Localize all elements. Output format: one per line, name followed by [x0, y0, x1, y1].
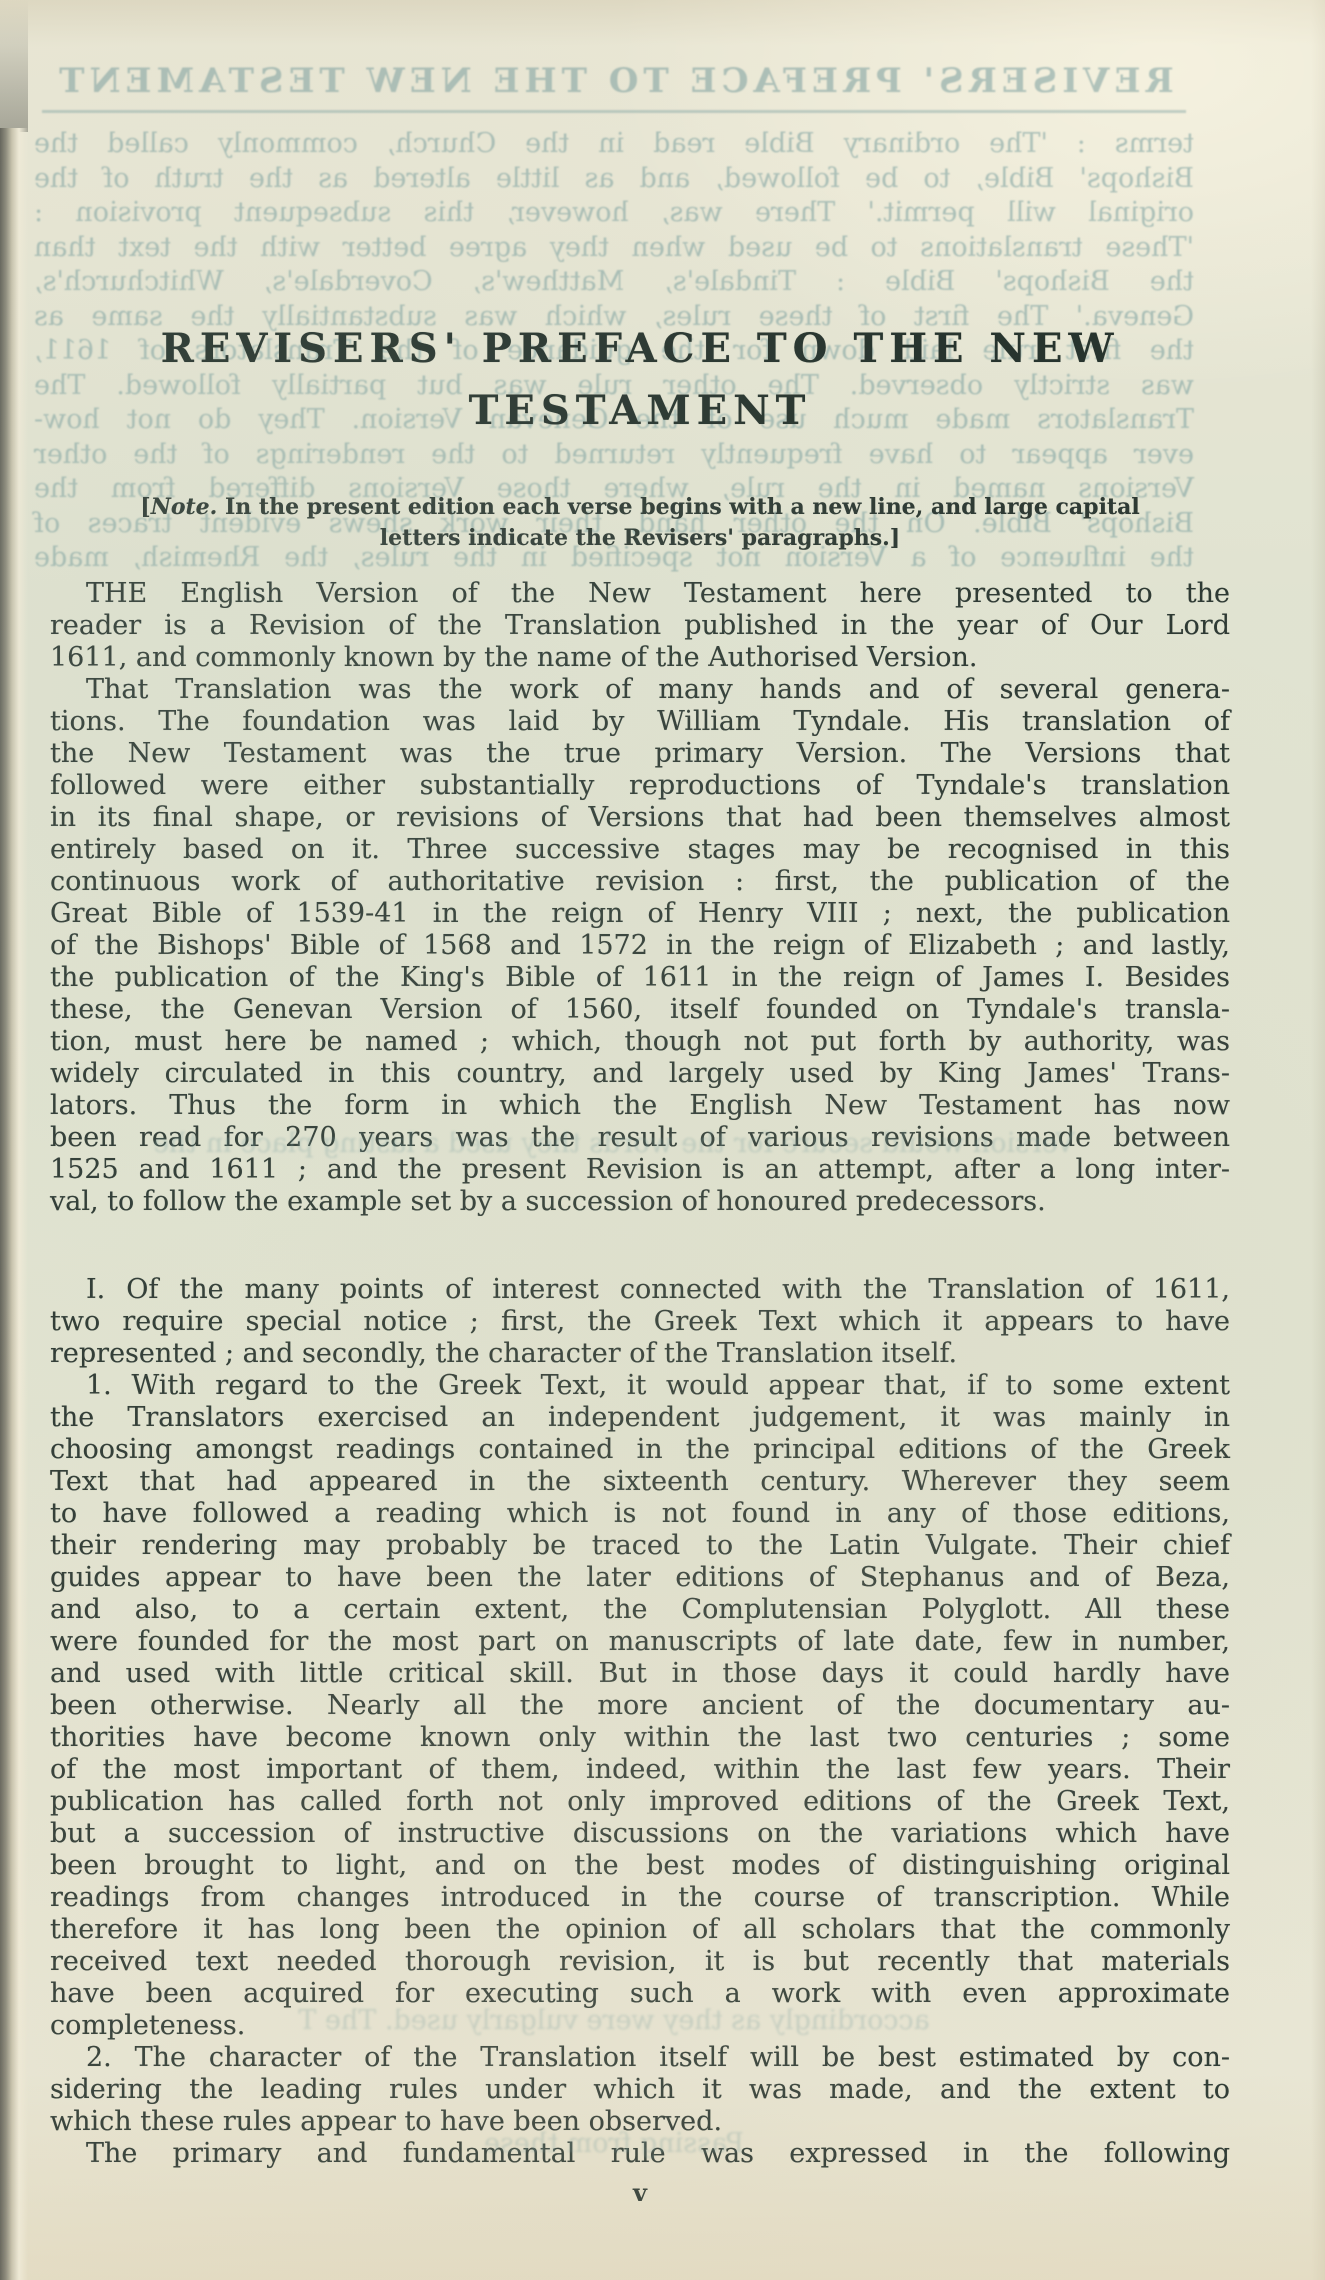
- text-line: received text needed thorough revision, …: [50, 1946, 1230, 1978]
- text-line: to have followed a reading which is not …: [50, 1498, 1230, 1530]
- page-number: v: [50, 2178, 1230, 2207]
- text-line: have been acquired for executing such a …: [50, 1978, 1230, 2010]
- note-label: Note.: [151, 494, 218, 520]
- note-line-2: letters indicate the Revisers' paragraph…: [50, 523, 1230, 554]
- page-edge-shadow: [0, 128, 28, 2280]
- body-text: THE English Version of the New Testament…: [50, 578, 1230, 2170]
- text-line: 1. With regard to the Greek Text, it wou…: [50, 1370, 1230, 1402]
- text-line: widely circulated in this country, and l…: [50, 1058, 1230, 1090]
- text-line: these, the Genevan Version of 1560, itse…: [50, 994, 1230, 1026]
- text-line: the New Testament was the true primary V…: [50, 738, 1230, 770]
- text-line: sidering the leading rules under which i…: [50, 2074, 1230, 2106]
- text-line: lators. Thus the form in which the Engli…: [50, 1090, 1230, 1122]
- paragraph: That Translation was the work of many ha…: [50, 674, 1230, 1218]
- text-line: thorities have become known only within …: [50, 1722, 1230, 1754]
- text-line: and used with little critical skill. But…: [50, 1658, 1230, 1690]
- text-line: The primary and fundamental rule was exp…: [50, 2138, 1230, 2170]
- title-line-1: REVISERS' PREFACE TO THE NEW: [50, 318, 1230, 380]
- paragraph: THE English Version of the New Testament…: [50, 578, 1230, 674]
- text-line: and also, to a certain extent, the Compl…: [50, 1594, 1230, 1626]
- page-edge-shadow-top: [0, 0, 28, 132]
- text-line: been read for 270 years was the result o…: [50, 1122, 1230, 1154]
- text-line: Great Bible of 1539-41 in the reign of H…: [50, 898, 1230, 930]
- text-line: been brought to light, and on the best m…: [50, 1850, 1230, 1882]
- note-line-1: [Note. In the present edition each verse…: [50, 492, 1230, 523]
- text-line: tions. The foundation was laid by Willia…: [50, 706, 1230, 738]
- text-line: 2. The character of the Translation itse…: [50, 2042, 1230, 2074]
- text-line: guides appear to have been the later edi…: [50, 1562, 1230, 1594]
- paragraph: 2. The character of the Translation itse…: [50, 2042, 1230, 2138]
- text-line: reader is a Revision of the Translation …: [50, 610, 1230, 642]
- printed-content: REVISERS' PREFACE TO THE NEW TESTAMENT […: [50, 0, 1230, 2207]
- paragraph: The primary and fundamental rule was exp…: [50, 2138, 1230, 2170]
- text-line: their rendering may probably be traced t…: [50, 1530, 1230, 1562]
- note-bracket: [: [140, 494, 150, 520]
- text-line: followed were either substantially repro…: [50, 770, 1230, 802]
- paragraph: I. Of the many points of interest connec…: [50, 1274, 1230, 1370]
- text-line: been otherwise. Nearly all the more anci…: [50, 1690, 1230, 1722]
- text-line: publication has called forth not only im…: [50, 1786, 1230, 1818]
- text-line: represented ; and secondly, the characte…: [50, 1338, 1230, 1370]
- text-line: 1525 and 1611 ; and the present Revision…: [50, 1154, 1230, 1186]
- page-title: REVISERS' PREFACE TO THE NEW TESTAMENT: [50, 318, 1230, 442]
- text-line: completeness.: [50, 2010, 1230, 2042]
- text-line: 1611, and commonly known by the name of …: [50, 642, 1230, 674]
- text-line: val, to follow the example set by a succ…: [50, 1186, 1230, 1218]
- text-line: the Translators exercised an independent…: [50, 1402, 1230, 1434]
- text-line: choosing amongst readings contained in t…: [50, 1434, 1230, 1466]
- text-line: of the most important of them, indeed, w…: [50, 1754, 1230, 1786]
- text-line: THE English Version of the New Testament…: [50, 578, 1230, 610]
- paragraph: 1. With regard to the Greek Text, it wou…: [50, 1370, 1230, 2042]
- text-line: in its final shape, or revisions of Vers…: [50, 802, 1230, 834]
- book-page: REVISERS' PREFACE TO THE NEW TESTAMENT t…: [0, 0, 1325, 2280]
- text-line: I. Of the many points of interest connec…: [50, 1274, 1230, 1306]
- text-line: two require special notice ; first, the …: [50, 1306, 1230, 1338]
- text-line: the publication of the King's Bible of 1…: [50, 962, 1230, 994]
- edition-note: [Note. In the present edition each verse…: [50, 492, 1230, 554]
- text-line: were founded for the most part on manusc…: [50, 1626, 1230, 1658]
- text-line: continuous work of authoritative revisio…: [50, 866, 1230, 898]
- text-line: but a succession of instructive discussi…: [50, 1818, 1230, 1850]
- text-line: Text that had appeared in the sixteenth …: [50, 1466, 1230, 1498]
- text-line: tion, must here be named ; which, though…: [50, 1026, 1230, 1058]
- text-line: That Translation was the work of many ha…: [50, 674, 1230, 706]
- text-line: therefore it has long been the opinion o…: [50, 1914, 1230, 1946]
- text-line: readings from changes introduced in the …: [50, 1882, 1230, 1914]
- title-line-2: TESTAMENT: [50, 380, 1230, 442]
- text-line: of the Bishops' Bible of 1568 and 1572 i…: [50, 930, 1230, 962]
- text-line: entirely based on it. Three successive s…: [50, 834, 1230, 866]
- text-line: which these rules appear to have been ob…: [50, 2106, 1230, 2138]
- note-text: In the present edition each verse begins…: [217, 494, 1139, 520]
